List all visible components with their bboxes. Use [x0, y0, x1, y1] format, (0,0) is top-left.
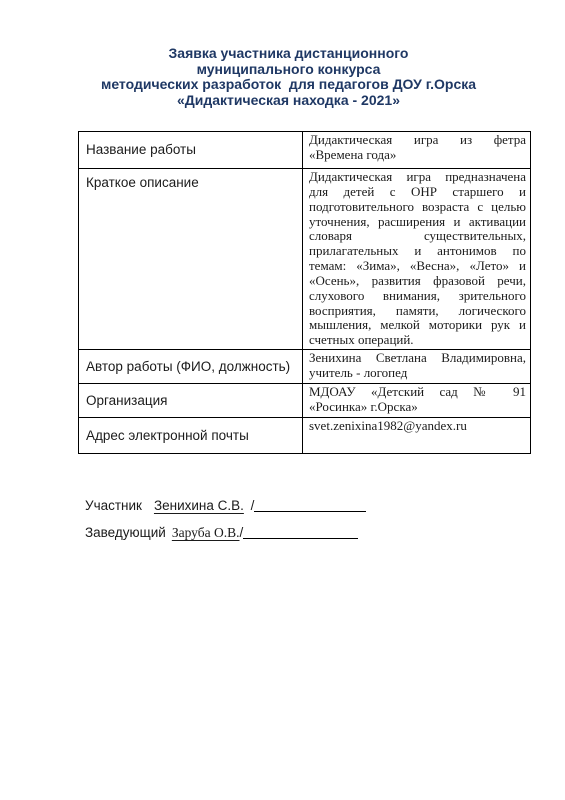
row-label: Автор работы (ФИО, должность)	[79, 350, 303, 384]
table-row-description: Краткое описание Дидактическая игра пред…	[79, 169, 531, 350]
participant-name: Зенихина С.В.	[154, 498, 244, 513]
signature-role-label: Участник	[85, 498, 142, 513]
row-label: Адрес электронной почты	[79, 418, 303, 454]
signature-line-participant: УчастникЗенихина С.В. /	[85, 497, 366, 513]
table-row-organization: Организация МДОАУ «Детский сад № 91 «Рос…	[79, 384, 531, 418]
row-value: МДОАУ «Детский сад № 91 «Росинка» г.Орск…	[303, 384, 531, 418]
row-label: Название работы	[79, 132, 303, 169]
row-value: Зенихина Светлана Владимировна, учитель …	[303, 350, 531, 384]
head-name: Заруба О.В.	[172, 525, 240, 540]
title-line: методических разработок для педагогов ДО…	[42, 77, 535, 93]
title-line: «Дидактическая находка - 2021»	[42, 93, 535, 109]
signature-blank-line	[243, 526, 358, 539]
slash-separator: /	[247, 498, 255, 513]
row-value: Дидактическая игра предназначена для дет…	[303, 169, 531, 350]
table-row-author: Автор работы (ФИО, должность) Зенихина С…	[79, 350, 531, 384]
page-title: Заявка участника дистанционного муниципа…	[42, 46, 535, 108]
title-line: Заявка участника дистанционного	[42, 46, 535, 62]
signature-role-label: Заведующий	[85, 525, 166, 540]
signature-blank-line	[254, 499, 366, 512]
table-row-email: Адрес электронной почты svet.zenixina198…	[79, 418, 531, 454]
signature-line-head: ЗаведующийЗаруба О.В./	[85, 524, 358, 541]
application-table: Название работы Дидактическая игра из фе…	[78, 131, 531, 454]
table-row-work-title: Название работы Дидактическая игра из фе…	[79, 132, 531, 169]
title-line: муниципального конкурса	[42, 62, 535, 78]
row-value-email: svet.zenixina1982@yandex.ru	[303, 418, 531, 454]
row-value: Дидактическая игра из фетра «Времена год…	[303, 132, 531, 169]
row-label: Организация	[79, 384, 303, 418]
row-label: Краткое описание	[79, 169, 303, 350]
